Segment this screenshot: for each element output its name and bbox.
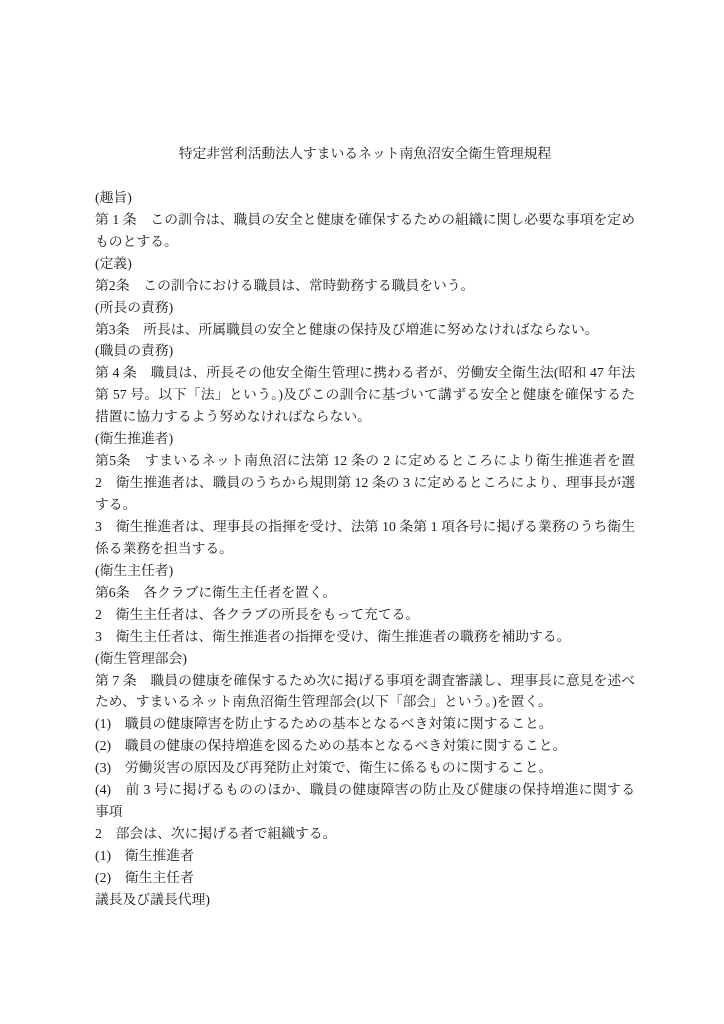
document-line: 事項 — [95, 801, 635, 823]
document-line: (4) 前 3 号に掲げるもののほか、職員の健康障害の防止及び健康の保持増進に関… — [95, 779, 635, 801]
document-page: 特定非営利活動法人すまいるネット南魚沼安全衛生管理規程 (趣旨)第 1 条 この… — [0, 0, 724, 1024]
document-line: 第 1 条 この訓令は、職員の安全と健康を確保するための組織に関し必要な事項を定… — [95, 209, 635, 231]
document-line: (1) 衛生推進者 — [95, 845, 635, 867]
document-line: 第 4 条 職員は、所長その他安全衛生管理に携わる者が、労働安全衛生法(昭和 4… — [95, 362, 635, 384]
document-line: 第2条 この訓令における職員は、常時勤務する職員をいう。 — [95, 275, 635, 297]
document-body: (趣旨)第 1 条 この訓令は、職員の安全と健康を確保するための組織に関し必要な… — [95, 187, 635, 911]
document-title: 特定非営利活動法人すまいるネット南魚沼安全衛生管理規程 — [95, 143, 635, 165]
document-line: (衛生主任者) — [95, 560, 635, 582]
document-line: (2) 衛生主任者 — [95, 867, 635, 889]
document-line: 第5条 すまいるネット南魚沼に法第 12 条の 2 に定めるところにより衛生推進… — [95, 450, 635, 472]
document-line: 係る業務を担当する。 — [95, 538, 635, 560]
document-content: 特定非営利活動法人すまいるネット南魚沼安全衛生管理規程 (趣旨)第 1 条 この… — [95, 143, 635, 911]
document-screenshot: { "page": { "background": "#ffffff", "te… — [0, 0, 724, 1024]
document-line: (衛生推進者) — [95, 428, 635, 450]
document-line: 2 衛生主任者は、各クラブの所長をもって充てる。 — [95, 604, 635, 626]
document-line: 第 7 条 職員の健康を確保するため次に掲げる事項を調査審議し、理事長に意見を述… — [95, 670, 635, 692]
document-line: 2 部会は、次に掲げる者で組織する。 — [95, 823, 635, 845]
document-line: (職員の責務) — [95, 340, 635, 362]
document-line: 第6条 各クラブに衛生主任者を置く。 — [95, 582, 635, 604]
document-line: 第 57 号。以下「法」という。)及びこの訓令に基づいて講ずる安全と健康を確保す… — [95, 384, 635, 406]
document-line: ため、すまいるネット南魚沼衛生管理部会(以下「部会」という。)を置く。 — [95, 691, 635, 713]
document-line: (衛生管理部会) — [95, 648, 635, 670]
document-line: (定義) — [95, 253, 635, 275]
document-line: (2) 職員の健康の保持増進を図るための基本となるべき対策に関すること。 — [95, 735, 635, 757]
document-line: 議長及び議長代理) — [95, 889, 635, 911]
document-line: (3) 労働災害の原因及び再発防止対策で、衛生に係るものに関すること。 — [95, 757, 635, 779]
document-line: 2 衛生推進者は、職員のうちから規則第 12 条の 3 に定めるところにより、理… — [95, 472, 635, 494]
document-line: 措置に協力するよう努めなければならない。 — [95, 406, 635, 428]
document-line: (趣旨) — [95, 187, 635, 209]
document-line: 3 衛生主任者は、衛生推進者の指揮を受け、衛生推進者の職務を補助する。 — [95, 626, 635, 648]
document-line: 第3条 所長は、所属職員の安全と健康の保持及び増進に努めなければならない。 — [95, 319, 635, 341]
document-line: (所長の責務) — [95, 297, 635, 319]
document-line: する。 — [95, 494, 635, 516]
document-line: ものとする。 — [95, 231, 635, 253]
document-line: 3 衛生推進者は、理事長の指揮を受け、法第 10 条第 1 項各号に掲げる業務の… — [95, 516, 635, 538]
document-line: (1) 職員の健康障害を防止するための基本となるべき対策に関すること。 — [95, 713, 635, 735]
